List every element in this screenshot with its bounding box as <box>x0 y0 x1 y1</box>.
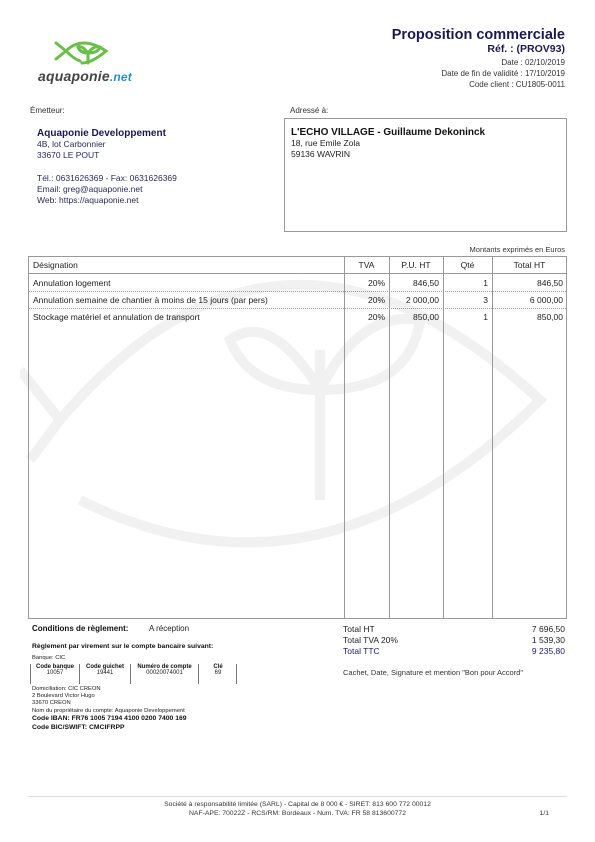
total-ttc-label: Total TTC <box>343 646 380 656</box>
logo-tld-text: .net <box>110 70 132 84</box>
recipient-name: L'ECHO VILLAGE - Guillaume Dekoninck <box>291 127 560 138</box>
bank-value-code-guichet: 19441 <box>80 670 130 676</box>
table-header: Désignation TVA P.U. HT Qté Total HT <box>29 257 566 274</box>
header-total-ht: Total HT <box>492 260 567 270</box>
domiciliation-address2: 33670 CREON <box>32 700 71 706</box>
header-designation: Désignation <box>33 260 78 270</box>
sender-block: Aquaponie Developpement 4B, lot Carbonni… <box>37 128 177 206</box>
sender-website[interactable]: Web: https://aquaponie.net <box>37 195 177 206</box>
footer-legal-line2: NAF-APE: 70022Z - RCS/RM: Bordeaux - Num… <box>0 810 595 817</box>
table-row: Annulation logement20%846,501846,50 <box>29 274 566 292</box>
header-qty: Qté <box>443 260 492 270</box>
domiciliation-address1: 2 Boulevard Victor Hugo <box>32 693 95 699</box>
cell-tva: 20% <box>344 278 385 288</box>
sender-email[interactable]: Email: greg@aquaponie.net <box>37 184 177 195</box>
cell-designation: Annulation semaine de chantier à moins d… <box>33 295 338 305</box>
conditions-value: A réception <box>149 624 189 633</box>
header-pu-ht: P.U. HT <box>389 260 443 270</box>
bank-value-code-banque: 10057 <box>31 670 79 676</box>
conditions-label: Conditions de règlement: <box>32 624 128 633</box>
header-tva: TVA <box>344 260 389 270</box>
total-tva-value: 1 539,30 <box>532 635 565 645</box>
table-row: Annulation semaine de chantier à moins d… <box>29 291 566 309</box>
sender-phone: Tél.: 0631626369 - Fax: 0631626369 <box>37 173 177 184</box>
cell-designation: Stockage matériel et annulation de trans… <box>33 312 338 322</box>
total-ht-label: Total HT <box>343 624 375 634</box>
cell-qty: 1 <box>443 278 488 288</box>
bank-name: Banque: CIC <box>32 655 65 661</box>
table-row: Stockage matériel et annulation de trans… <box>29 308 566 325</box>
bank-value-account-number: 00020074001 <box>131 670 198 676</box>
cell-total-ht: 846,50 <box>492 278 563 288</box>
validity-date: Date de fin de validité : 17/10/2019 <box>441 69 565 78</box>
cell-tva: 20% <box>344 312 385 322</box>
signature-note: Cachet, Date, Signature et mention "Bon … <box>343 668 523 677</box>
recipient-address2: 59136 WAVRIN <box>291 149 560 160</box>
footer-divider <box>28 796 567 797</box>
account-owner: Nom du propriétaire du compte: Aquaponie… <box>32 708 185 714</box>
cell-qty: 1 <box>443 312 488 322</box>
sender-label: Émetteur: <box>30 106 65 115</box>
bic: Code BIC/SWIFT: CMCIFRPP <box>32 724 125 731</box>
document-title: Proposition commerciale <box>392 27 565 43</box>
document-date: Date : 02/10/2019 <box>501 58 565 67</box>
cell-tva: 20% <box>344 295 385 305</box>
sender-name: Aquaponie Developpement <box>37 128 177 139</box>
fish-sprout-icon <box>52 33 110 69</box>
cell-designation: Annulation logement <box>33 278 338 288</box>
recipient-label: Adressé à: <box>290 106 328 115</box>
total-tva-label: Total TVA 20% <box>343 635 398 645</box>
client-code: Code client : CU1805-0011 <box>469 80 565 89</box>
iban: Code IBAN: FR76 1005 7194 4100 0200 7400… <box>32 715 187 722</box>
bank-value-key: 69 <box>199 670 237 676</box>
total-ttc-value: 9 235,80 <box>532 646 565 656</box>
transfer-title: Règlement par virement sur le compte ban… <box>32 643 213 650</box>
cell-pu-ht: 846,50 <box>389 278 439 288</box>
domiciliation: Domiciliation: CIC CREON <box>32 686 101 692</box>
currency-note: Montants exprimés en Euros <box>470 245 565 254</box>
cell-pu-ht: 850,00 <box>389 312 439 322</box>
footer-legal-line1: Société à responsabilité limitée (SARL) … <box>0 801 595 808</box>
logo-main-text: aquaponie <box>38 68 110 84</box>
recipient-address1: 18, rue Emile Zola <box>291 138 560 149</box>
document-ref: Réf. : (PROV93) <box>487 43 565 55</box>
brand-logo: aquaponie.net <box>38 68 132 84</box>
items-table: Désignation TVA P.U. HT Qté Total HT Ann… <box>28 256 567 619</box>
cell-pu-ht: 2 000,00 <box>389 295 439 305</box>
sender-address1: 4B, lot Carbonnier <box>37 139 177 150</box>
sender-address2: 33670 LE POUT <box>37 150 177 161</box>
cell-total-ht: 850,00 <box>492 312 563 322</box>
recipient-box: L'ECHO VILLAGE - Guillaume Dekoninck 18,… <box>284 118 567 232</box>
total-ht-value: 7 696,50 <box>532 624 565 634</box>
page-number: 1/1 <box>540 810 549 817</box>
cell-qty: 3 <box>443 295 488 305</box>
cell-total-ht: 6 000,00 <box>492 295 563 305</box>
